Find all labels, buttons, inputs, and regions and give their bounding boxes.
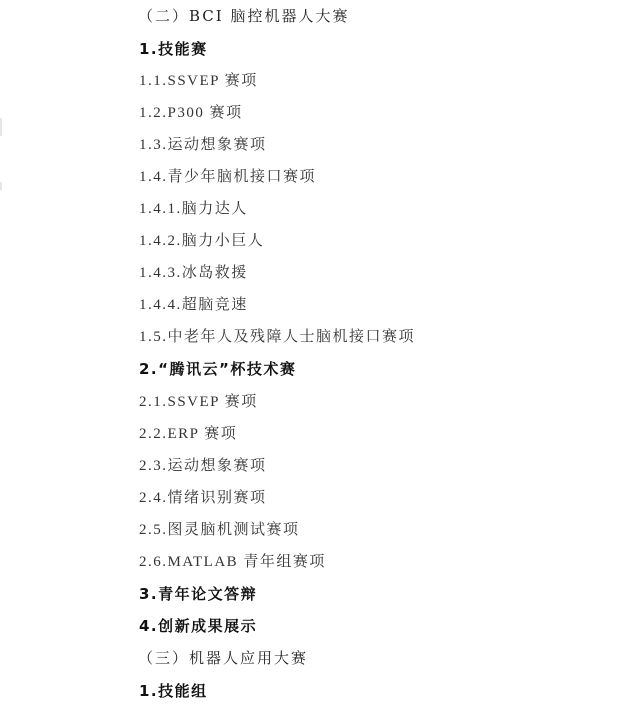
list-item: 1.3.运动想象赛项 bbox=[139, 135, 267, 155]
list-item: 2.5.图灵脑机测试赛项 bbox=[139, 520, 300, 540]
section-title-bci: （二）BCI 脑控机器人大赛 bbox=[138, 6, 349, 26]
list-item: 2.6.MATLAB 青年组赛项 bbox=[139, 552, 326, 572]
list-item: 1.1.SSVEP 赛项 bbox=[139, 71, 258, 91]
heading-tech-competition: 2.“腾讯云”杯技术赛 bbox=[139, 359, 296, 379]
heading-skill-group: 1.技能组 bbox=[139, 681, 208, 701]
scan-edge-mark bbox=[0, 118, 2, 136]
list-item: 1.2.P300 赛项 bbox=[139, 103, 243, 123]
document-page: （二）BCI 脑控机器人大赛 1.技能赛 1.1.SSVEP 赛项 1.2.P3… bbox=[0, 0, 634, 707]
heading-thesis-defense: 3.青年论文答辩 bbox=[139, 584, 257, 604]
section-title-robot-application: （三）机器人应用大赛 bbox=[138, 648, 308, 668]
heading-skill-competition: 1.技能赛 bbox=[139, 39, 208, 59]
scan-edge-mark bbox=[0, 182, 2, 190]
list-item: 2.3.运动想象赛项 bbox=[139, 456, 267, 476]
list-item: 1.4.2.脑力小巨人 bbox=[139, 231, 264, 251]
list-item: 1.4.3.冰岛救援 bbox=[139, 263, 248, 283]
list-item: 1.4.青少年脑机接口赛项 bbox=[139, 167, 316, 187]
list-item: 1.4.1.脑力达人 bbox=[139, 199, 248, 219]
list-item: 1.5.中老年人及残障人士脑机接口赛项 bbox=[139, 327, 415, 347]
heading-innovation-showcase: 4.创新成果展示 bbox=[139, 616, 257, 636]
list-item: 1.4.4.超脑竞速 bbox=[139, 295, 248, 315]
list-item: 2.1.SSVEP 赛项 bbox=[139, 392, 258, 412]
list-item: 2.4.情绪识别赛项 bbox=[139, 488, 267, 508]
list-item: 2.2.ERP 赛项 bbox=[139, 424, 237, 444]
